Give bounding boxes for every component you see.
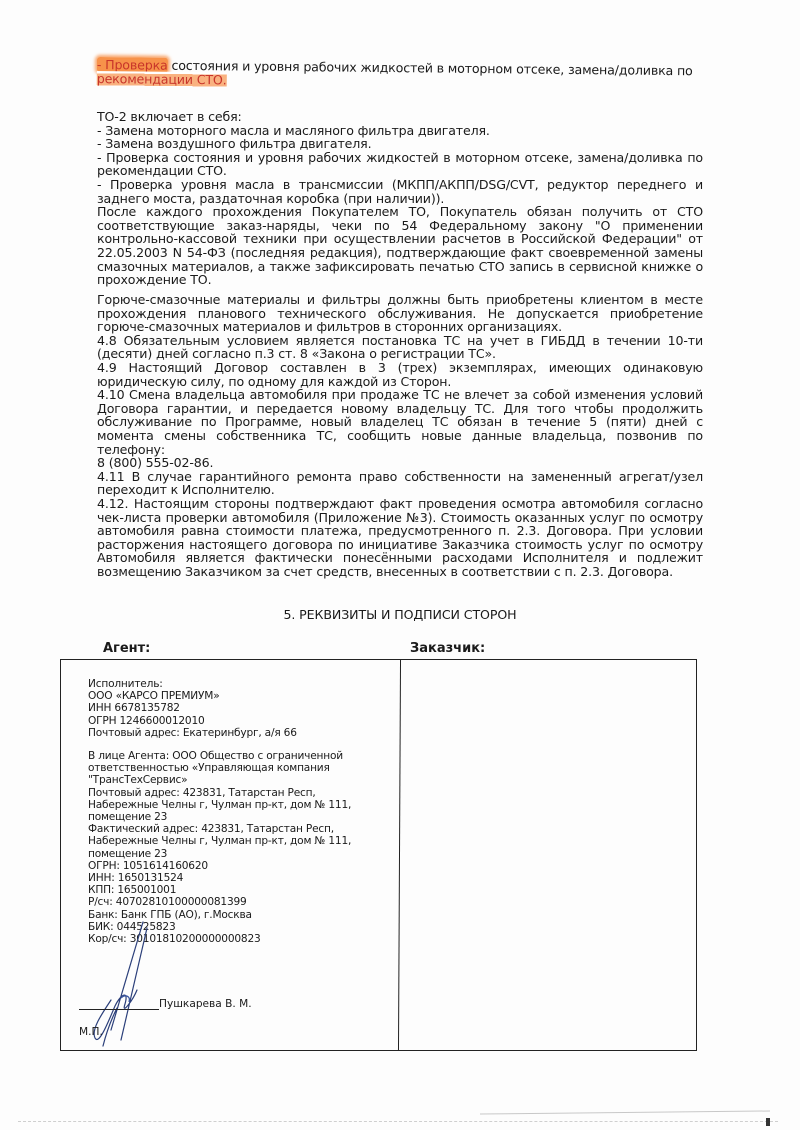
executor-postal-address: Почтовый адрес: Екатеринбург, а/я 66: [88, 727, 388, 739]
scan-corner-mark: [766, 1118, 770, 1126]
document-page: - Проверка состояния и уровня рабочих жи…: [0, 0, 800, 1130]
clause-4-10: 4.10 Смена владельца автомобиля при прод…: [97, 388, 703, 456]
clause-fuel-materials: Горюче-смазочные материалы и фильтры дол…: [97, 293, 703, 334]
clauses-section: Горюче-смазочные материалы и фильтры дол…: [97, 293, 703, 578]
to2-item: - Замена моторного масла и масляного фил…: [97, 124, 703, 138]
to2-section: ТО-2 включает в себя: - Замена моторного…: [97, 97, 703, 287]
clause-4-9: 4.9 Настоящий Договор составлен в 3 (тре…: [97, 361, 703, 388]
agent-company: В лице Агента: ООО Общество с ограниченн…: [88, 750, 388, 787]
signature-line-row: Пушкарева В. М.: [79, 998, 379, 1018]
executor-company: ООО «КАРСО ПРЕМИУМ»: [88, 690, 388, 702]
table-column-divider: [398, 660, 401, 1050]
signatory-name: Пушкарева В. М.: [159, 998, 252, 1010]
to2-item: - Замена воздушного фильтра двигателя.: [97, 137, 703, 151]
executor-ogrn: ОГРН 1246600012010: [88, 715, 388, 727]
phone-number: 8 (800) 555-02-86.: [97, 456, 703, 470]
agent-inn: ИНН: 1650131524: [88, 872, 388, 884]
signature-table: Исполнитель: ООО «КАРСО ПРЕМИУМ» ИНН 667…: [60, 659, 697, 1051]
highlighted-continuation: рекомендации СТО.: [97, 71, 227, 87]
agent-label: Агент:: [103, 641, 150, 656]
to2-heading: ТО-2 включает в себя:: [97, 110, 703, 124]
section-5-title: 5. РЕКВИЗИТЫ И ПОДПИСИ СТОРОН: [0, 607, 800, 622]
agent-postal-address: Почтовый адрес: 423831, Татарстан Респ, …: [88, 787, 388, 824]
executor-heading: Исполнитель:: [88, 678, 388, 690]
agent-ogrn: ОГРН: 1051614160620: [88, 860, 388, 872]
highlighted-fluid-check-item: - Проверка состояния и уровня рабочих жи…: [97, 58, 703, 92]
to2-after-paragraph: После каждого прохождения Покупателем ТО…: [97, 205, 703, 287]
signature-line: [79, 1009, 159, 1010]
clause-4-8: 4.8 Обязательным условием является поста…: [97, 334, 703, 361]
to2-item: - Проверка уровня масла в трансмиссии (М…: [97, 178, 703, 205]
agent-actual-address: Фактический адрес: 423831, Татарстан Рес…: [88, 823, 388, 860]
customer-label: Заказчик:: [410, 641, 485, 656]
agent-details-cell: Исполнитель: ООО «КАРСО ПРЕМИУМ» ИНН 667…: [88, 678, 388, 945]
agent-bank-account: Р/сч: 40702810100000081399: [88, 896, 388, 908]
clause-4-11: 4.11 В случае гарантийного ремонта право…: [97, 470, 703, 497]
scan-edge-line: [18, 1121, 778, 1122]
clause-4-12: 4.12. Настоящим стороны подтверждают фак…: [97, 497, 703, 579]
scan-edge-line-right: [480, 1110, 770, 1114]
agent-kpp: КПП: 165001001: [88, 884, 388, 896]
to2-item: - Проверка состояния и уровня рабочих жи…: [97, 151, 703, 178]
stamp-label: М.П.: [79, 1026, 103, 1038]
executor-inn: ИНН 6678135782: [88, 702, 388, 714]
